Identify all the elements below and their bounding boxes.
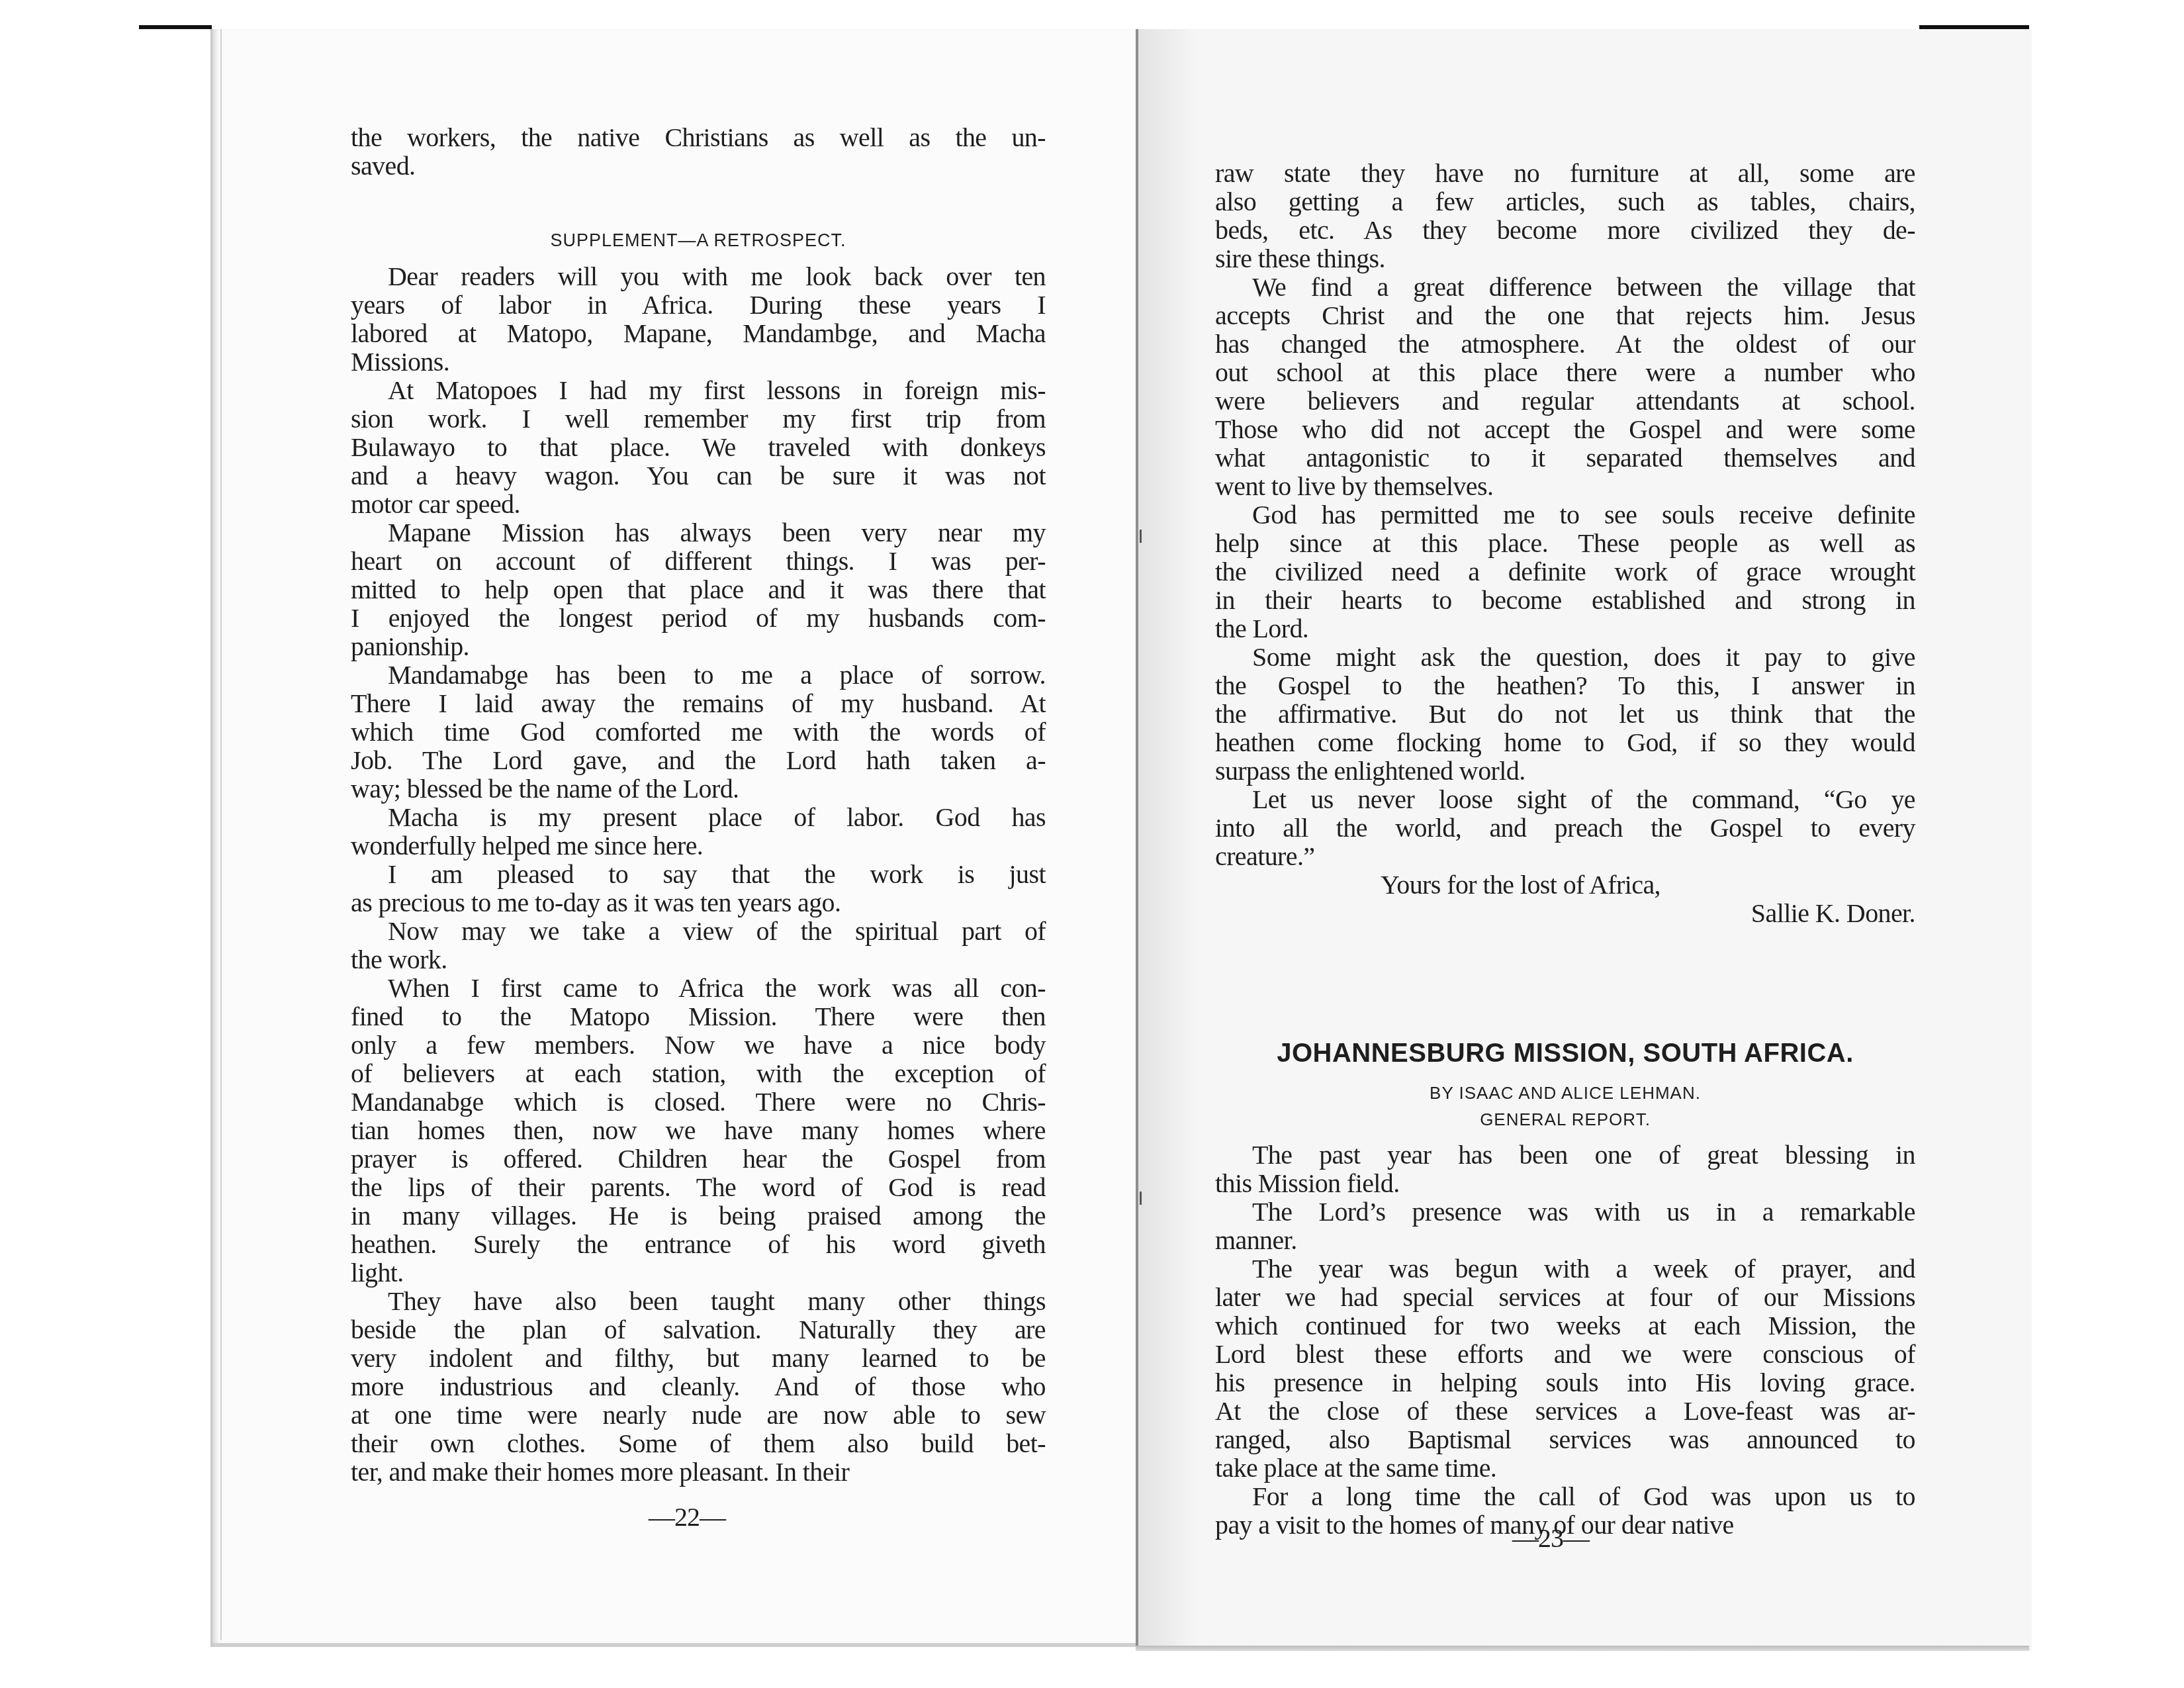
text-line: The year was begun with a week of prayer… <box>1215 1254 1915 1283</box>
text-line: take place at the same time. <box>1215 1454 1915 1482</box>
text-line: the Lord. <box>1215 614 1915 643</box>
text-line: at one time were nearly nude are now abl… <box>351 1401 1046 1429</box>
section-heading: SUPPLEMENT—A RETROSPECT. <box>351 218 1046 262</box>
text-line: the civilized need a definite work of gr… <box>1215 557 1915 586</box>
text-line: wonderfully helped me since here. <box>351 831 1046 860</box>
page-number-right: —23— <box>1512 1523 1589 1554</box>
text-line: At the close of these services a Love-fe… <box>1215 1397 1915 1425</box>
text-line: saved. <box>351 152 1046 180</box>
gutter-mark <box>1140 530 1142 543</box>
text-line: as precious to me to-day as it was ten y… <box>351 888 1046 917</box>
text-line: The past year has been one of great bles… <box>1215 1141 1915 1169</box>
text-line: beside the plan of salvation. Naturally … <box>351 1315 1046 1344</box>
text-line: also getting a few articles, such as tab… <box>1215 187 1915 216</box>
text-line: I enjoyed the longest period of my husba… <box>351 604 1046 632</box>
text-line: went to live by themselves. <box>1215 472 1915 500</box>
text-line: When I first came to Africa the work was… <box>351 974 1046 1002</box>
section-gap <box>1215 927 1915 1027</box>
article-title: JOHANNESBURG MISSION, SOUTH AFRICA. <box>1215 1027 1915 1080</box>
text-line: raw state they have no furniture at all,… <box>1215 159 1915 187</box>
text-line: years of labor in Africa. During these y… <box>351 291 1046 319</box>
text-line: the workers, the native Christians as we… <box>351 123 1046 152</box>
signature: Sallie K. Doner. <box>1215 899 1915 927</box>
text-line: Mandanabge which is closed. There were n… <box>351 1088 1046 1116</box>
text-line: fined to the Matopo Mission. There were … <box>351 1002 1046 1031</box>
text-line: Job. The Lord gave, and the Lord hath ta… <box>351 746 1046 774</box>
text-line: mitted to help open that place and it wa… <box>351 575 1046 604</box>
text-line: I am pleased to say that the work is jus… <box>351 860 1046 888</box>
text-line: light. <box>351 1258 1046 1287</box>
text-line: ranged, also Baptismal services was anno… <box>1215 1425 1915 1454</box>
left-page-text: the workers, the native Christians as we… <box>351 123 1046 1486</box>
text-line: ter, and make their homes more pleasant.… <box>351 1458 1046 1486</box>
gutter-mark <box>1140 1192 1142 1205</box>
text-line: Let us never loose sight of the command,… <box>1215 785 1915 814</box>
text-line: his presence in helping souls into His l… <box>1215 1368 1915 1397</box>
page-bottom-edge <box>1136 1646 2029 1651</box>
text-line: which continued for two weeks at each Mi… <box>1215 1311 1915 1340</box>
text-line: prayer is offered. Children hear the Gos… <box>351 1145 1046 1173</box>
article-subheading: GENERAL REPORT. <box>1215 1106 1915 1133</box>
text-line: Missions. <box>351 348 1046 376</box>
text-line: motor car speed. <box>351 490 1046 518</box>
text-line: They have also been taught many other th… <box>351 1287 1046 1315</box>
text-line: At Matopoes I had my first lessons in fo… <box>351 376 1046 404</box>
text-line: which time God comforted me with the wor… <box>351 718 1046 746</box>
text-line: manner. <box>1215 1226 1915 1254</box>
text-line: Lord blest these efforts and we were con… <box>1215 1340 1915 1368</box>
text-line: and a heavy wagon. You can be sure it wa… <box>351 461 1046 490</box>
text-line: sire these things. <box>1215 244 1915 273</box>
text-line: heathen. Surely the entrance of his word… <box>351 1230 1046 1258</box>
scan-edge-left <box>139 25 212 29</box>
text-line: creature.” <box>1215 842 1915 870</box>
text-line: beds, etc. As they become more civilized… <box>1215 216 1915 244</box>
text-line: more industrious and cleanly. And of tho… <box>351 1372 1046 1401</box>
text-line: Some might ask the question, does it pay… <box>1215 643 1915 671</box>
text-line: what antagonistic to it separated themse… <box>1215 444 1915 472</box>
text-line: sion work. I well remember my first trip… <box>351 404 1046 433</box>
text-line: the lips of their parents. The word of G… <box>351 1173 1046 1201</box>
text-line: out school at this place there were a nu… <box>1215 358 1915 387</box>
text-line: has changed the atmosphere. At the oldes… <box>1215 330 1915 358</box>
text-line: Mandamabge has been to me a place of sor… <box>351 661 1046 689</box>
text-line: very indolent and filthy, but many learn… <box>351 1344 1046 1372</box>
text-line: their own clothes. Some of them also bui… <box>351 1429 1046 1458</box>
text-line: accepts Christ and the one that rejects … <box>1215 301 1915 330</box>
page-number-left: —22— <box>649 1501 725 1532</box>
text-line: help since at this place. These people a… <box>1215 529 1915 557</box>
text-line: surpass the enlightened world. <box>1215 757 1915 785</box>
closing-line: Yours for the lost of Africa, <box>1215 870 1915 899</box>
text-line: Macha is my present place of labor. God … <box>351 803 1046 831</box>
text-line: later we had special services at four of… <box>1215 1283 1915 1311</box>
text-line: in their hearts to become established an… <box>1215 586 1915 614</box>
text-line: The Lord’s presence was with us in a rem… <box>1215 1197 1915 1226</box>
text-line: Those who did not accept the Gospel and … <box>1215 415 1915 444</box>
text-line: Dear readers will you with me look back … <box>351 262 1046 291</box>
text-line: heart on account of different things. I … <box>351 547 1046 575</box>
text-line: the Gospel to the heathen? To this, I an… <box>1215 671 1915 700</box>
text-line: Mapane Mission has always been very near… <box>351 518 1046 547</box>
text-line: For a long time the call of God was upon… <box>1215 1482 1915 1511</box>
text-line: of believers at each station, with the e… <box>351 1059 1046 1088</box>
article-byline: BY ISAAC AND ALICE LEHMAN. <box>1215 1080 1915 1106</box>
text-line: We find a great difference between the v… <box>1215 273 1915 301</box>
text-line: into all the world, and preach the Gospe… <box>1215 814 1915 842</box>
text-line: only a few members. Now we have a nice b… <box>351 1031 1046 1059</box>
text-line: There I laid away the remains of my husb… <box>351 689 1046 718</box>
text-line: in many villages. He is being praised am… <box>351 1201 1046 1230</box>
text-line: labored at Matopo, Mapane, Mandambge, an… <box>351 319 1046 348</box>
text-line: this Mission field. <box>1215 1169 1915 1197</box>
text-line: God has permitted me to see souls receiv… <box>1215 500 1915 529</box>
text-line: way; blessed be the name of the Lord. <box>351 774 1046 803</box>
text-line: Now may we take a view of the spiritual … <box>351 917 1046 945</box>
text-line: Bulawayo to that place. We traveled with… <box>351 433 1046 461</box>
text-line: were believers and regular attendants at… <box>1215 387 1915 415</box>
text-line: the work. <box>351 945 1046 974</box>
text-line: heathen come flocking home to God, if so… <box>1215 728 1915 757</box>
text-line: the affirmative. But do not let us think… <box>1215 700 1915 728</box>
text-line: tian homes then, now we have many homes … <box>351 1116 1046 1145</box>
text-line: panionship. <box>351 632 1046 661</box>
right-page-text: raw state they have no furniture at all,… <box>1215 159 1915 1539</box>
